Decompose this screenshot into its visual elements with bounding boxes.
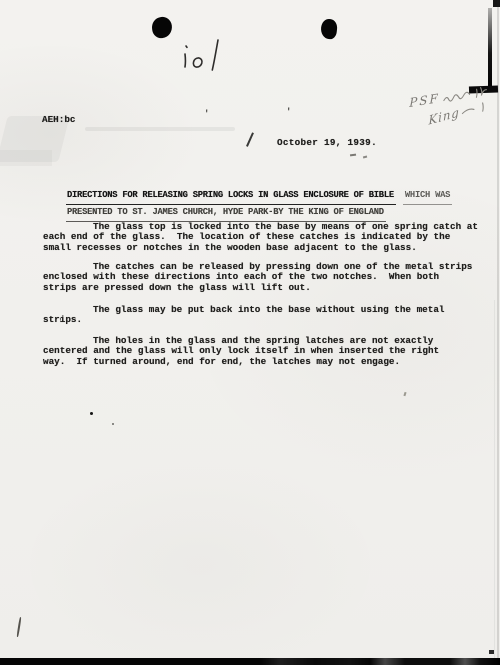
title-line-2: PRESENTED TO ST. JAMES CHURCH, HYDE PARK… bbox=[66, 205, 486, 222]
ink-speck bbox=[489, 650, 494, 654]
pen-flourish-icon bbox=[462, 99, 491, 117]
scan-edge-line bbox=[494, 300, 495, 660]
title-line1-suffix: WHICH WAS bbox=[403, 188, 452, 205]
page-corner-fold-mark bbox=[488, 8, 492, 90]
title-line1-main: DIRECTIONS FOR RELEASING SPRING LOCKS IN… bbox=[66, 188, 396, 205]
ink-speck bbox=[350, 154, 356, 156]
typist-initials: AEH:bc bbox=[42, 114, 75, 125]
paragraph-2: The catches can be released by pressing … bbox=[43, 262, 473, 293]
hole-punch-mark-left bbox=[151, 16, 174, 40]
hole-punch-mark-right bbox=[320, 18, 338, 40]
scan-smudge bbox=[85, 127, 235, 131]
paragraph-3: The glass may be put back into the base … bbox=[43, 305, 473, 326]
date-line: October 19, 1939. bbox=[277, 137, 377, 148]
document-title: DIRECTIONS FOR RELEASING SPRING LOCKS IN… bbox=[66, 188, 486, 222]
title-line-1: DIRECTIONS FOR RELEASING SPRING LOCKS IN… bbox=[66, 188, 486, 205]
ink-speck: ' bbox=[58, 318, 63, 327]
ink-speck: ' bbox=[286, 107, 291, 117]
filing-note-psf-text: PSF bbox=[409, 91, 439, 110]
ink-speck bbox=[90, 412, 93, 415]
ink-speck bbox=[363, 156, 367, 159]
paragraph-4: The holes in the glass and the spring la… bbox=[43, 336, 473, 367]
paragraph-2-line-3: strips are pressed down the glass will l… bbox=[43, 283, 473, 293]
filing-note-king-text: King bbox=[428, 105, 459, 128]
ink-speck: ' bbox=[204, 109, 209, 119]
handwritten-page-number-icon bbox=[178, 36, 233, 81]
title-line2-text: PRESENTED TO ST. JAMES CHURCH, HYDE PARK… bbox=[66, 205, 386, 222]
paragraph-3-line-2: strips. bbox=[43, 315, 473, 325]
ink-speck bbox=[403, 392, 406, 396]
ink-speck bbox=[112, 423, 114, 425]
paragraph-3-line-1: The glass may be put back into the base … bbox=[43, 305, 473, 315]
scanned-document-page: 10 PSF King AEH:bc October 19, 1939. ' '… bbox=[0, 0, 500, 665]
scan-smudge bbox=[0, 150, 52, 166]
scan-bottom-edge-band bbox=[0, 658, 500, 665]
paragraph-4-line-3: way. If turned around, end for end, the … bbox=[43, 357, 473, 367]
pencil-stroke bbox=[16, 617, 21, 637]
pencil-filing-note: PSF King bbox=[408, 80, 500, 125]
paragraph-1: The glass top is locked into the base by… bbox=[43, 222, 473, 253]
paragraph-1-line-3: small recesses or notches in the wooden … bbox=[43, 243, 473, 253]
ink-stroke bbox=[246, 132, 254, 146]
